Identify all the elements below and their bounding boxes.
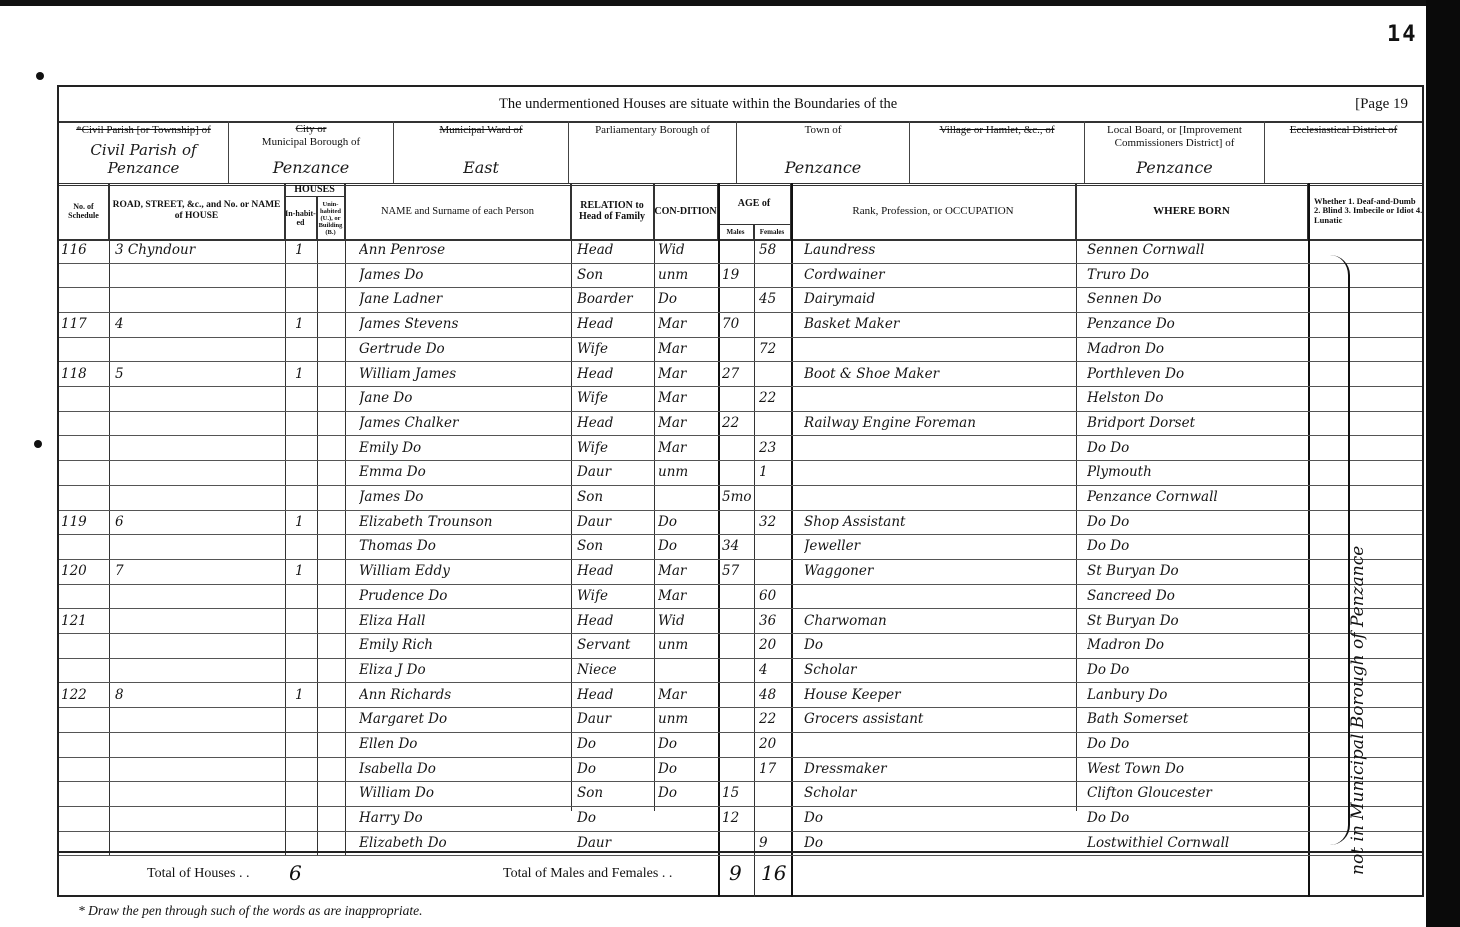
name-cell: Emily Rich [359,634,569,658]
census-row: Emily RichServantunm20DoMadron Do [59,634,1422,659]
occupation-cell [804,387,1074,411]
birthplace-cell: Do Do [1087,659,1307,683]
birthplace-cell: Bath Somerset [1087,708,1307,732]
scan-right-edge [1426,0,1460,927]
header-relation: RELATION to Head of Family [571,183,654,239]
census-row: James ChalkerHeadMar22Railway Engine For… [59,412,1422,437]
inhabited-cell [295,338,315,362]
header-males: Males [718,225,754,239]
occupation-cell [804,585,1074,609]
name-cell: Ann Penrose [359,239,569,263]
condition-cell: Do [658,535,716,559]
male-age-cell [722,733,753,757]
inhabited-cell [295,288,315,312]
schedule-cell [61,758,107,782]
area-parliamentary-borough: Parliamentary Borough of [569,121,737,183]
header-condition: CON-DITION [654,183,718,239]
inhabited-cell [295,585,315,609]
census-row: Prudence DoWifeMar60Sancreed Do [59,585,1422,610]
area-municipal-ward: Municipal Ward of East [394,121,569,183]
form-banner: The undermentioned Houses are situate wi… [59,87,1422,123]
address-cell [115,338,281,362]
relation-cell: Wife [577,338,653,362]
relation-cell: Servant [577,634,653,658]
address-cell: 4 [115,313,281,337]
female-age-cell [759,363,789,387]
schedule-cell [61,288,107,312]
inhabited-cell: 1 [295,684,315,708]
female-age-cell [759,313,789,337]
relation-cell: Do [577,807,653,831]
census-row: Jane DoWifeMar22Helston Do [59,387,1422,412]
condition-cell: unm [658,708,716,732]
occupation-cell: Cordwainer [804,264,1074,288]
address-cell: 8 [115,684,281,708]
address-cell [115,412,281,436]
header-age: AGE of [718,183,791,225]
address-cell [115,486,281,510]
relation-cell: Son [577,264,653,288]
census-row: 11961Elizabeth TrounsonDaurDo32Shop Assi… [59,511,1422,536]
birthplace-cell: Do Do [1087,733,1307,757]
occupation-cell: Scholar [804,782,1074,806]
birthplace-cell: Penzance Cornwall [1087,486,1307,510]
relation-cell: Wife [577,437,653,461]
name-cell: Thomas Do [359,535,569,559]
male-age-cell [722,684,753,708]
condition-cell: Do [658,511,716,535]
inhabited-cell: 1 [295,560,315,584]
condition-cell: Mar [658,412,716,436]
schedule-cell [61,387,107,411]
condition-cell: Do [658,288,716,312]
occupation-cell: Boot & Shoe Maker [804,363,1074,387]
birthplace-cell: Do Do [1087,535,1307,559]
address-cell [115,807,281,831]
occupation-cell: Laundress [804,239,1074,263]
condition-cell: Wid [658,610,716,634]
area-civil-parish: *Civil Parish [or Township] of Civil Par… [59,121,229,183]
relation-cell: Head [577,560,653,584]
female-age-cell: 23 [759,437,789,461]
condition-cell: Mar [658,387,716,411]
relation-cell: Daur [577,461,653,485]
census-row: 121Eliza HallHeadWid36CharwomanSt Buryan… [59,610,1422,635]
totals-row: Total of Houses . . 6 Total of Males and… [59,851,1422,895]
schedule-cell [61,461,107,485]
name-cell: James Chalker [359,412,569,436]
occupation-cell: Shop Assistant [804,511,1074,535]
relation-cell: Son [577,535,653,559]
female-age-cell [759,782,789,806]
female-age-cell [759,486,789,510]
birthplace-cell: Porthleven Do [1087,363,1307,387]
birthplace-cell: Madron Do [1087,634,1307,658]
female-age-cell [759,807,789,831]
schedule-cell: 122 [61,684,107,708]
occupation-cell: Scholar [804,659,1074,683]
name-cell: Emma Do [359,461,569,485]
name-cell: Gertrude Do [359,338,569,362]
schedule-cell: 118 [61,363,107,387]
male-age-cell [722,634,753,658]
male-age-cell [722,437,753,461]
area-municipal-borough: City or Municipal Borough of Penzance [229,121,394,183]
male-age-cell [722,610,753,634]
address-cell: 5 [115,363,281,387]
male-age-cell: 57 [722,560,753,584]
occupation-cell: Basket Maker [804,313,1074,337]
address-cell [115,758,281,782]
name-cell: Elizabeth Trounson [359,511,569,535]
header-uninhabited: Unin-habited (U.), or Building (B.) [317,197,345,239]
condition-cell: unm [658,461,716,485]
page-label: [Page 19 [1355,96,1408,113]
inhabited-cell [295,758,315,782]
condition-cell [658,486,716,510]
banner-title: The undermentioned Houses are situate wi… [499,96,897,113]
female-age-cell: 45 [759,288,789,312]
male-age-cell [722,288,753,312]
birthplace-cell: Lanbury Do [1087,684,1307,708]
name-cell: Ellen Do [359,733,569,757]
occupation-cell: Dressmaker [804,758,1074,782]
name-cell: Eliza J Do [359,659,569,683]
schedule-cell [61,782,107,806]
relation-cell: Head [577,610,653,634]
total-houses-value: 6 [289,861,302,885]
census-row: Jane LadnerBoarderDo45DairymaidSennen Do [59,288,1422,313]
birthplace-cell: St Buryan Do [1087,560,1307,584]
condition-cell: Mar [658,560,716,584]
census-row: Margaret DoDaurunm22Grocers assistantBat… [59,708,1422,733]
inhabited-cell [295,610,315,634]
census-row: Eliza J DoNiece4ScholarDo Do [59,659,1422,684]
punch-hole [36,72,44,80]
condition-cell: Mar [658,313,716,337]
birthplace-cell: Truro Do [1087,264,1307,288]
male-age-cell [722,239,753,263]
male-age-cell [722,585,753,609]
header-inhabited: In-habit-ed [285,197,317,239]
female-age-cell: 36 [759,610,789,634]
inhabited-cell [295,264,315,288]
inhabited-cell: 1 [295,239,315,263]
female-age-cell: 1 [759,461,789,485]
female-age-cell: 4 [759,659,789,683]
inhabited-cell [295,535,315,559]
census-row: Isabella DoDoDo17DressmakerWest Town Do [59,758,1422,783]
punch-hole [34,440,42,448]
birthplace-cell: Plymouth [1087,461,1307,485]
folio-number: 14 [1387,22,1418,47]
schedule-cell [61,733,107,757]
relation-cell: Niece [577,659,653,683]
census-row: 12281Ann RichardsHeadMar48House KeeperLa… [59,684,1422,709]
occupation-cell: Grocers assistant [804,708,1074,732]
schedule-cell: 117 [61,313,107,337]
relation-cell: Head [577,363,653,387]
female-age-cell [759,535,789,559]
inhabited-cell: 1 [295,313,315,337]
occupation-cell [804,486,1074,510]
occupation-cell: Waggoner [804,560,1074,584]
census-row: 11851William JamesHeadMar27Boot & Shoe M… [59,363,1422,388]
relation-cell: Daur [577,511,653,535]
inhabited-cell [295,461,315,485]
schedule-cell [61,659,107,683]
name-cell: Jane Ladner [359,288,569,312]
relation-cell: Wife [577,387,653,411]
occupation-cell: Charwoman [804,610,1074,634]
inhabited-cell [295,437,315,461]
inhabited-cell [295,634,315,658]
inhabited-cell [295,782,315,806]
name-cell: Margaret Do [359,708,569,732]
relation-cell: Daur [577,708,653,732]
administrative-areas: *Civil Parish [or Township] of Civil Par… [59,121,1422,186]
female-age-cell: 20 [759,634,789,658]
female-age-cell: 17 [759,758,789,782]
address-cell [115,535,281,559]
condition-cell: Wid [658,239,716,263]
occupation-cell: Dairymaid [804,288,1074,312]
male-age-cell [722,511,753,535]
area-value: Penzance [229,158,393,177]
name-cell: Ann Richards [359,684,569,708]
female-age-cell: 20 [759,733,789,757]
occupation-cell [804,733,1074,757]
male-age-cell: 70 [722,313,753,337]
schedule-cell: 121 [61,610,107,634]
male-age-cell: 15 [722,782,753,806]
name-cell: William Eddy [359,560,569,584]
address-cell [115,708,281,732]
name-cell: Jane Do [359,387,569,411]
inhabited-cell [295,486,315,510]
name-cell: Eliza Hall [359,610,569,634]
census-row: Thomas DoSonDo34JewellerDo Do [59,535,1422,560]
birthplace-cell: Helston Do [1087,387,1307,411]
inhabited-cell: 1 [295,511,315,535]
birthplace-cell: Do Do [1087,807,1307,831]
footnote: * Draw the pen through such of the words… [78,903,423,919]
schedule-cell [61,437,107,461]
name-cell: William James [359,363,569,387]
male-age-cell [722,387,753,411]
census-form: The undermentioned Houses are situate wi… [57,85,1424,897]
area-value: Penzance [737,158,909,177]
census-row: Ellen DoDoDo20Do Do [59,733,1422,758]
address-cell [115,288,281,312]
address-cell [115,461,281,485]
header-houses: HOUSES [285,183,345,197]
schedule-cell [61,708,107,732]
occupation-cell: Jeweller [804,535,1074,559]
total-males-value: 9 [729,861,742,885]
address-cell [115,733,281,757]
male-age-cell: 12 [722,807,753,831]
inhabited-cell [295,387,315,411]
female-age-cell [759,560,789,584]
birthplace-cell: Do Do [1087,437,1307,461]
address-cell: 3 Chyndour [115,239,281,263]
female-age-cell: 32 [759,511,789,535]
birthplace-cell: Bridport Dorset [1087,412,1307,436]
female-age-cell: 60 [759,585,789,609]
census-row: Emma DoDaurunm1Plymouth [59,461,1422,486]
condition-cell: Do [658,782,716,806]
area-value: East [394,158,568,177]
name-cell: James Stevens [359,313,569,337]
name-cell: Harry Do [359,807,569,831]
birthplace-cell: Sancreed Do [1087,585,1307,609]
condition-cell: Mar [658,437,716,461]
area-town: Town of Penzance [737,121,910,183]
condition-cell: Mar [658,585,716,609]
header-address: ROAD, STREET, &c., and No. or NAME of HO… [109,183,285,239]
female-age-cell: 58 [759,239,789,263]
address-cell: 7 [115,560,281,584]
birthplace-cell: Sennen Do [1087,288,1307,312]
header-occupation: Rank, Profession, or OCCUPATION [791,183,1076,239]
condition-cell: Do [658,758,716,782]
female-age-cell: 48 [759,684,789,708]
relation-cell: Do [577,733,653,757]
birthplace-cell: West Town Do [1087,758,1307,782]
census-row: Emily DoWifeMar23Do Do [59,437,1422,462]
male-age-cell: 34 [722,535,753,559]
address-cell: 6 [115,511,281,535]
occupation-cell: House Keeper [804,684,1074,708]
relation-cell: Head [577,684,653,708]
condition-cell: Do [658,733,716,757]
condition-cell: Mar [658,363,716,387]
address-cell [115,387,281,411]
birthplace-cell: Do Do [1087,511,1307,535]
schedule-cell [61,535,107,559]
inhabited-cell [295,708,315,732]
birthplace-cell: St Buryan Do [1087,610,1307,634]
condition-cell [658,807,716,831]
address-cell [115,782,281,806]
header-where-born: WHERE BORN [1076,183,1308,239]
condition-cell: Mar [658,338,716,362]
margin-brace [1320,255,1350,845]
schedule-cell: 120 [61,560,107,584]
name-cell: Isabella Do [359,758,569,782]
schedule-cell: 119 [61,511,107,535]
female-age-cell [759,412,789,436]
name-cell: James Do [359,264,569,288]
schedule-cell [61,486,107,510]
inhabited-cell [295,807,315,831]
address-cell [115,585,281,609]
name-cell: Prudence Do [359,585,569,609]
address-cell [115,659,281,683]
census-row: William DoSonDo15ScholarClifton Gloucest… [59,782,1422,807]
birthplace-cell: Sennen Cornwall [1087,239,1307,263]
inhabited-cell [295,412,315,436]
condition-cell: unm [658,634,716,658]
occupation-cell [804,338,1074,362]
occupation-cell [804,437,1074,461]
birthplace-cell: Clifton Gloucester [1087,782,1307,806]
relation-cell: Son [577,782,653,806]
female-age-cell: 72 [759,338,789,362]
female-age-cell: 22 [759,708,789,732]
birthplace-cell: Madron Do [1087,338,1307,362]
inhabited-cell [295,733,315,757]
scan-top-edge [0,0,1460,6]
schedule-cell: 116 [61,239,107,263]
occupation-cell: Do [804,634,1074,658]
relation-cell: Wife [577,585,653,609]
name-cell: James Do [359,486,569,510]
male-age-cell: 5mo [722,486,753,510]
name-cell: William Do [359,782,569,806]
census-row: 11741James StevensHeadMar70Basket MakerP… [59,313,1422,338]
female-age-cell [759,264,789,288]
male-age-cell: 27 [722,363,753,387]
relation-cell: Head [577,239,653,263]
relation-cell: Head [577,412,653,436]
male-age-cell [722,758,753,782]
address-cell [115,610,281,634]
header-name: NAME and Surname of each Person [345,183,571,239]
area-value: Penzance [1085,158,1264,177]
inhabited-cell [295,659,315,683]
condition-cell [658,659,716,683]
header-females: Females [754,225,791,239]
inhabited-cell: 1 [295,363,315,387]
schedule-cell [61,264,107,288]
column-headers: No. of Schedule ROAD, STREET, &c., and N… [59,183,1422,241]
schedule-cell [61,634,107,658]
birthplace-cell: Penzance Do [1087,313,1307,337]
address-cell [115,634,281,658]
male-age-cell [722,461,753,485]
census-row: 1163 Chyndour1Ann PenroseHeadWid58Laundr… [59,239,1422,264]
schedule-cell [61,585,107,609]
margin-note: not in Municipal Borough of Penzance [1348,546,1368,875]
area-value: Civil Parish of Penzance [59,141,228,177]
condition-cell: unm [658,264,716,288]
schedule-cell [61,412,107,436]
male-age-cell: 22 [722,412,753,436]
total-houses-label: Total of Houses . . [147,866,249,882]
total-females-value: 16 [761,861,786,885]
header-schedule: No. of Schedule [59,183,109,239]
area-village: Village or Hamlet, &c., of [910,121,1085,183]
occupation-cell [804,461,1074,485]
female-age-cell: 22 [759,387,789,411]
male-age-cell [722,338,753,362]
area-local-board: Local Board, or [Improvement Commissione… [1085,121,1265,183]
occupation-cell: Do [804,807,1074,831]
relation-cell: Head [577,313,653,337]
census-row: James DoSonunm19CordwainerTruro Do [59,264,1422,289]
census-row: 12071William EddyHeadMar57WaggonerSt Bur… [59,560,1422,585]
relation-cell: Boarder [577,288,653,312]
address-cell [115,264,281,288]
male-age-cell: 19 [722,264,753,288]
total-persons-label: Total of Males and Females . . [503,866,672,882]
census-row: Gertrude DoWifeMar72Madron Do [59,338,1422,363]
schedule-cell [61,807,107,831]
schedule-cell [61,338,107,362]
male-age-cell [722,708,753,732]
